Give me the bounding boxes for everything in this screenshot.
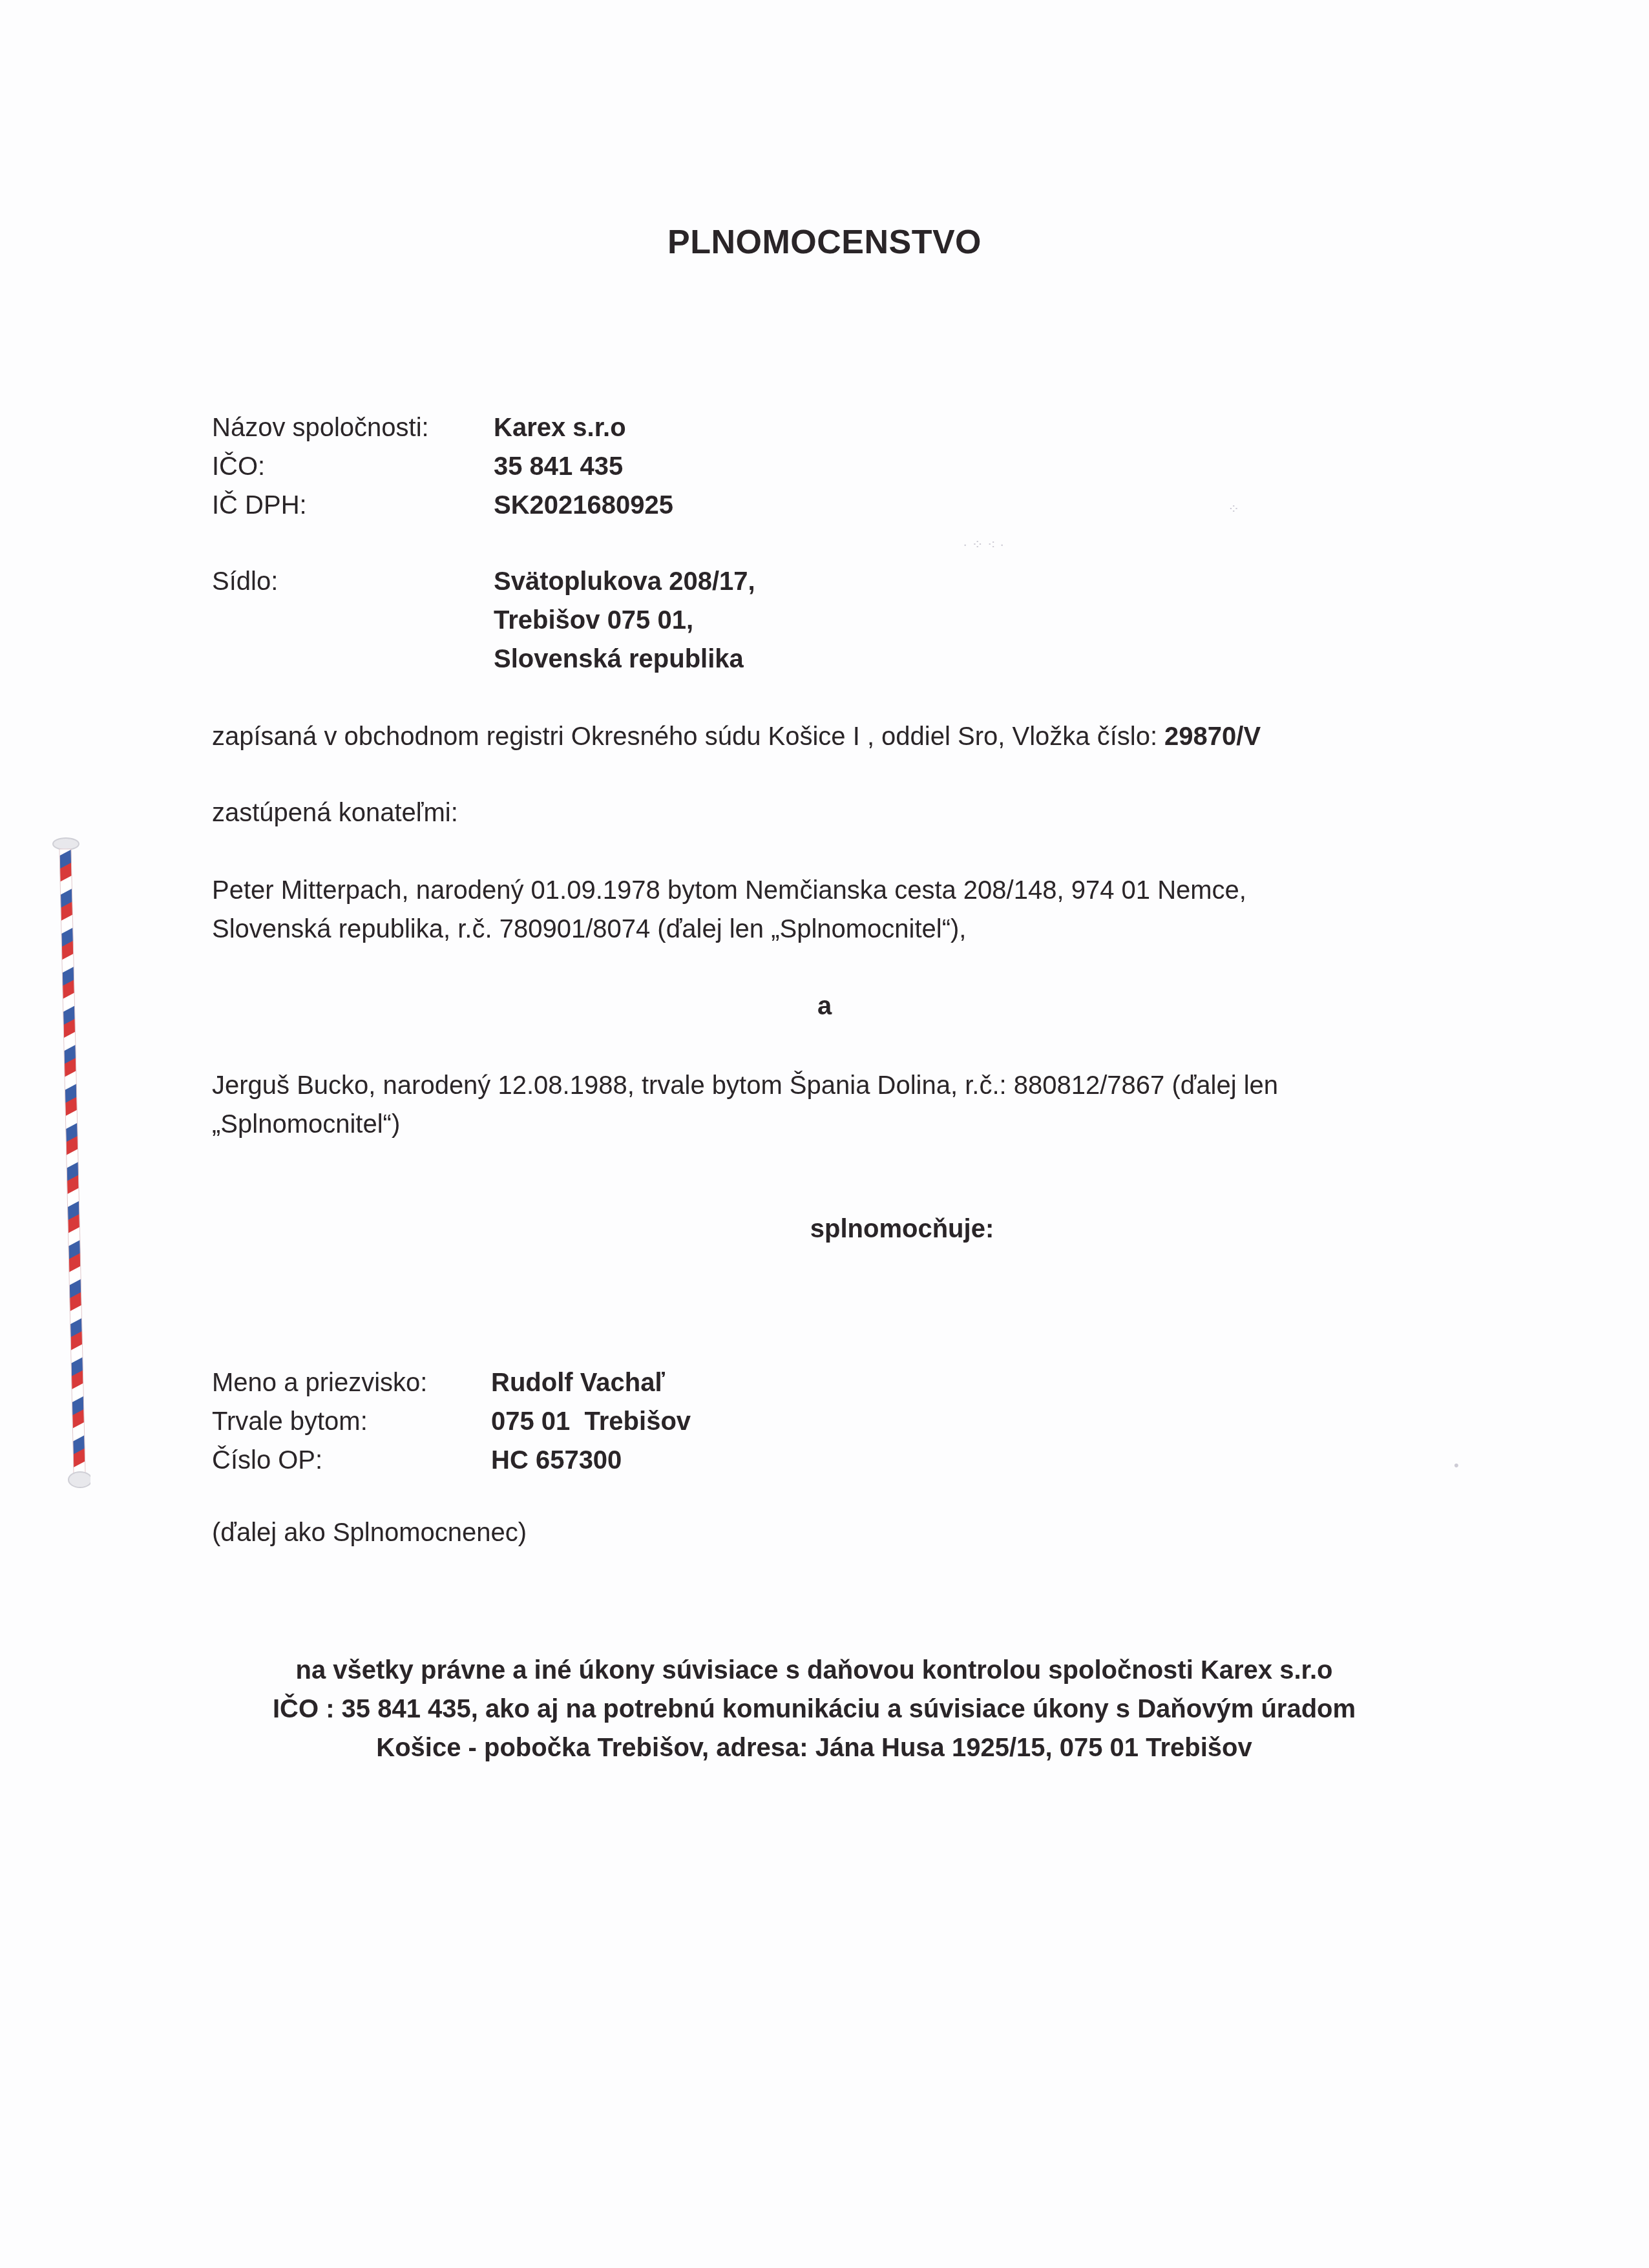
scope-line: na všetky právne a iné úkony súvisiace s… (194, 1651, 1434, 1690)
registry-text: zapísaná v obchodnom registri Okresného … (212, 722, 1164, 751)
represented-by: zastúpená konateľmi: (212, 793, 1414, 832)
icdph-value: SK2021680925 (494, 486, 673, 525)
company-seat: Sídlo: Svätoplukova 208/17, Trebišov 075… (212, 562, 755, 678)
tricolor-cord-icon (52, 834, 90, 1493)
scan-artifact: ⁘ (1228, 501, 1239, 518)
principal-2: Jerguš Bucko, narodený 12.08.1988, trval… (212, 1066, 1414, 1144)
agent-residence-row: Trvale bytom: 075 01 Trebišov (212, 1402, 691, 1441)
seat-label: Sídlo: (212, 562, 494, 678)
principal-1: Peter Mitterpach, narodený 01.09.1978 by… (212, 871, 1414, 949)
ico-label: IČO: (212, 447, 494, 486)
ico-value: 35 841 435 (494, 447, 623, 486)
company-info: Názov spoločnosti: Karex s.r.o IČO: 35 8… (212, 408, 673, 525)
icdph-label: IČ DPH: (212, 486, 494, 525)
principal-2-line: Jerguš Bucko, narodený 12.08.1988, trval… (212, 1066, 1414, 1105)
conjunction: a (0, 992, 1649, 1021)
agent-residence-label: Trvale bytom: (212, 1402, 491, 1441)
ico-row: IČO: 35 841 435 (212, 447, 673, 486)
company-name-value: Karex s.r.o (494, 408, 626, 447)
principal-2-line: „Splnomocnitel“) (212, 1105, 1414, 1144)
company-name-label: Názov spoločnosti: (212, 408, 494, 447)
seat-line: Slovenská republika (494, 640, 755, 678)
agent-name-row: Meno a priezvisko: Rudolf Vachaľ (212, 1363, 691, 1402)
company-name-row: Názov spoločnosti: Karex s.r.o (212, 408, 673, 447)
principal-1-line: Peter Mitterpach, narodený 01.09.1978 by… (212, 871, 1414, 910)
scope-line: Košice - pobočka Trebišov, adresa: Jána … (194, 1728, 1434, 1767)
agent-name-value: Rudolf Vachaľ (491, 1363, 665, 1402)
seat-address: Svätoplukova 208/17, Trebišov 075 01, Sl… (494, 562, 755, 678)
icdph-row: IČ DPH: SK2021680925 (212, 486, 673, 525)
agent-id-row: Číslo OP: HC 657300 (212, 1441, 691, 1480)
agent-info: Meno a priezvisko: Rudolf Vachaľ Trvale … (212, 1363, 691, 1480)
authorizes-heading: splnomocňuje: (78, 1215, 1649, 1244)
agent-id-label: Číslo OP: (212, 1441, 491, 1480)
seat-line: Trebišov 075 01, (494, 601, 755, 640)
scan-artifact: · ⁘ ⁖ · (963, 536, 1004, 553)
agent-alias: (ďalej ako Splnomocnenec) (212, 1513, 1414, 1552)
document-page: · ⁘ ⁖ · ⁘ • PLNOMOCENSTVO Názov spoločno… (0, 0, 1649, 2268)
agent-residence-value: 075 01 Trebišov (491, 1402, 691, 1441)
registry-insert-number: 29870/V (1164, 722, 1261, 751)
principal-1-line: Slovenská republika, r.č. 780901/8074 (ď… (212, 910, 1414, 949)
scan-artifact: • (1454, 1457, 1459, 1474)
agent-id-value: HC 657300 (491, 1441, 622, 1480)
document-title: PLNOMOCENSTVO (0, 223, 1649, 262)
scope-line: IČO : 35 841 435, ako aj na potrebnú kom… (194, 1690, 1434, 1728)
registry-statement: zapísaná v obchodnom registri Okresného … (212, 717, 1414, 756)
agent-name-label: Meno a priezvisko: (212, 1363, 491, 1402)
authorization-scope: na všetky právne a iné úkony súvisiace s… (194, 1651, 1434, 1767)
seat-line: Svätoplukova 208/17, (494, 562, 755, 601)
